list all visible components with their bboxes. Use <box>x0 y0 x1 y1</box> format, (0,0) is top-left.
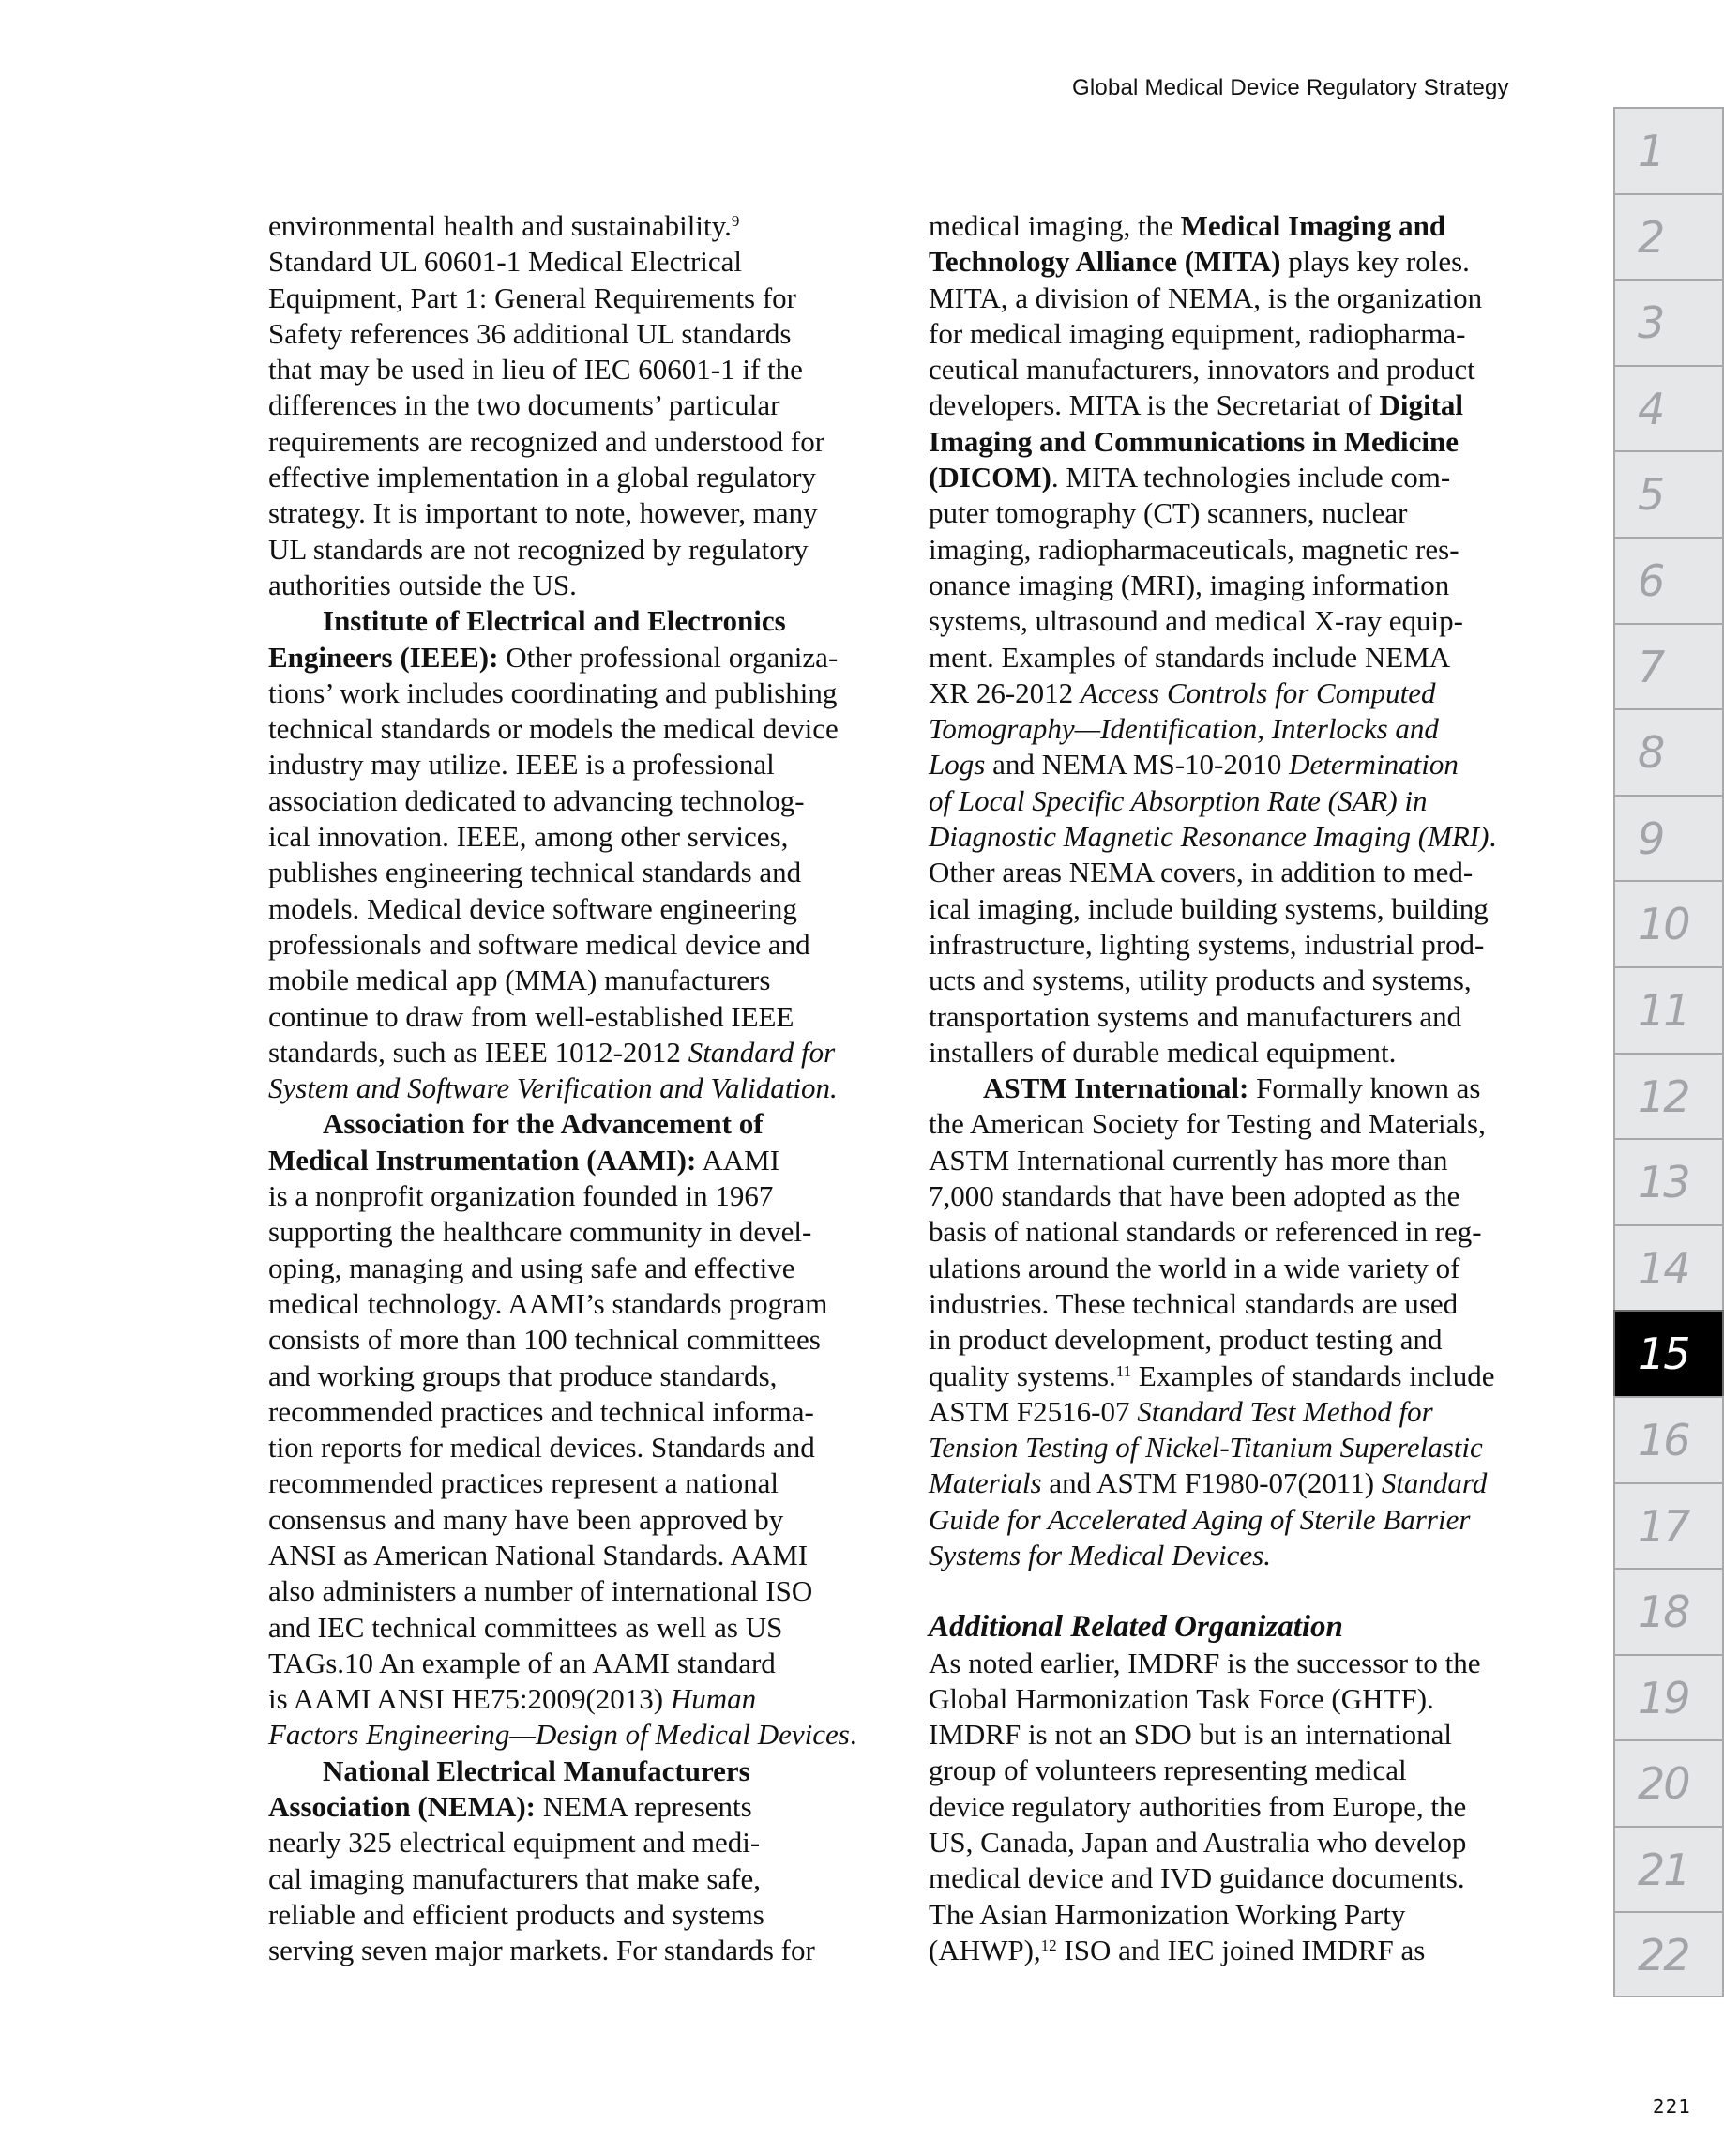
text-span: and NEMA MS-10-2010 <box>985 748 1289 781</box>
text-line: ASTM International currently has more th… <box>929 1143 1529 1178</box>
text-span: environmental health and sustainability. <box>268 209 732 242</box>
text-line: ucts and systems, utility products and s… <box>929 963 1529 998</box>
text-line: The Asian Harmonization Working Party <box>929 1897 1529 1933</box>
text-span: XR 26-2012 <box>929 676 1081 709</box>
chapter-tab-2[interactable]: 2 <box>1613 193 1724 280</box>
text-line: Equipment, Part 1: General Requirements … <box>268 281 869 316</box>
chapter-tab-label: 15 <box>1638 1329 1689 1379</box>
chapter-tab-20[interactable]: 20 <box>1613 1739 1724 1826</box>
nema-heading: National Electrical Manufacturers <box>268 1754 869 1789</box>
standard-title: Standard for <box>688 1036 835 1069</box>
standard-title: Standard Test Method for <box>1137 1395 1432 1428</box>
chapter-tab-label: 1 <box>1638 126 1663 176</box>
chapter-tab-label: 12 <box>1638 1071 1689 1122</box>
text-line: Other areas NEMA covers, in addition to … <box>929 855 1529 890</box>
text-line: Medical Instrumentation (AAMI): AAMI <box>268 1143 869 1178</box>
text-line: US, Canada, Japan and Australia who deve… <box>929 1825 1529 1860</box>
text-line: (AHWP),12 ISO and IEC joined IMDRF as <box>929 1933 1529 1968</box>
chapter-tab-22[interactable]: 22 <box>1613 1911 1724 1997</box>
text-line: Global Harmonization Task Force (GHTF). <box>929 1681 1529 1717</box>
chapter-tab-10[interactable]: 10 <box>1613 880 1724 966</box>
chapter-tab-label: 10 <box>1638 899 1689 949</box>
chapter-tab-15-active[interactable]: 15 <box>1613 1310 1724 1396</box>
text-span: standards, such as IEEE 1012-2012 <box>268 1036 688 1069</box>
text-line: ical imaging, include building systems, … <box>929 891 1529 927</box>
text-span: . <box>1489 820 1496 853</box>
page-number: 221 <box>1653 2095 1691 2118</box>
text-line: Standard UL 60601-1 Medical Electrical <box>268 244 869 280</box>
chapter-tab-label: 13 <box>1638 1157 1689 1207</box>
text-line: Factors Engineering—Design of Medical De… <box>268 1717 869 1753</box>
text-line: standards, such as IEEE 1012-2012 Standa… <box>268 1035 869 1070</box>
chapter-tab-7[interactable]: 7 <box>1613 623 1724 709</box>
text-span: is AAMI ANSI HE75:2009(2013) <box>268 1682 671 1715</box>
chapter-tab-4[interactable]: 4 <box>1613 365 1724 451</box>
standard-title: Logs <box>929 748 985 781</box>
text-line: Logs and NEMA MS-10-2010 Determination <box>929 747 1529 782</box>
text-line: Association (NEMA): NEMA represents <box>268 1789 869 1825</box>
text-line: ment. Examples of standards include NEMA <box>929 640 1529 676</box>
chapter-tab-18[interactable]: 18 <box>1613 1568 1724 1654</box>
text-line: tions’ work includes coordinating and pu… <box>268 676 869 711</box>
text-span: plays key roles. <box>1280 245 1469 278</box>
chapter-tab-label: 5 <box>1638 469 1663 520</box>
text-span: (AHWP), <box>929 1934 1041 1966</box>
text-line: group of volunteers representing medical <box>929 1753 1529 1788</box>
text-line: Technology Alliance (MITA) plays key rol… <box>929 244 1529 280</box>
mita-name: Technology Alliance (MITA) <box>929 245 1280 278</box>
text-line: that may be used in lieu of IEC 60601-1 … <box>268 352 869 387</box>
text-line: medical device and IVD guidance document… <box>929 1860 1529 1896</box>
text-line: mobile medical app (MMA) manufacturers <box>268 963 869 998</box>
text-line: requirements are recognized and understo… <box>268 424 869 460</box>
chapter-tab-6[interactable]: 6 <box>1613 537 1724 623</box>
chapter-tab-1[interactable]: 1 <box>1613 107 1724 193</box>
text-line: Safety references 36 additional UL stand… <box>268 316 869 352</box>
standard-title: Systems for Medical Devices. <box>929 1539 1271 1571</box>
mita-name: Medical Imaging and <box>1181 209 1445 242</box>
standard-title: Guide for Accelerated Aging of Sterile B… <box>929 1503 1470 1536</box>
text-line: Guide for Accelerated Aging of Sterile B… <box>929 1502 1529 1538</box>
text-line: tion reports for medical devices. Standa… <box>268 1430 869 1465</box>
chapter-tab-label: 3 <box>1638 297 1663 348</box>
dicom-name: Imaging and Communications in Medicine <box>929 425 1459 458</box>
text-span: ASTM F2516-07 <box>929 1395 1137 1428</box>
text-line: onance imaging (MRI), imaging informatio… <box>929 568 1529 603</box>
text-line: industries. These technical standards ar… <box>929 1286 1529 1322</box>
text-span: Formally known as <box>1248 1071 1480 1104</box>
chapter-tab-label: 18 <box>1638 1587 1689 1637</box>
text-line: recommended practices represent a nation… <box>268 1465 869 1501</box>
text-line: UL standards are not recognized by regul… <box>268 532 869 568</box>
text-line: quality systems.11 Examples of standards… <box>929 1359 1529 1394</box>
text-line: serving seven major markets. For standar… <box>268 1933 869 1968</box>
text-line: Systems for Medical Devices. <box>929 1538 1529 1573</box>
chapter-tab-label: 6 <box>1638 555 1663 606</box>
text-line: ANSI as American National Standards. AAM… <box>268 1538 869 1573</box>
text-span: ISO and IEC joined IMDRF as <box>1057 1934 1426 1966</box>
text-line: Imaging and Communications in Medicine <box>929 424 1529 460</box>
chapter-tab-5[interactable]: 5 <box>1613 450 1724 537</box>
text-line: authorities outside the US. <box>268 568 869 603</box>
chapter-tab-11[interactable]: 11 <box>1613 966 1724 1053</box>
text-line: effective implementation in a global reg… <box>268 460 869 495</box>
standard-title: System and Software Verification and Val… <box>268 1071 838 1104</box>
standard-title: Factors Engineering—Design of Medical De… <box>268 1718 850 1751</box>
nema-heading-text: Association (NEMA): <box>268 1790 536 1823</box>
text-line: MITA, a division of NEMA, is the organiz… <box>929 281 1529 316</box>
ieee-heading: Institute of Electrical and Electronics <box>268 603 869 639</box>
chapter-tab-21[interactable]: 21 <box>1613 1826 1724 1912</box>
text-line: and IEC technical committees as well as … <box>268 1610 869 1646</box>
text-line: ical innovation. IEEE, among other servi… <box>268 819 869 855</box>
text-line: medical imaging, the Medical Imaging and <box>929 208 1529 244</box>
text-line: for medical imaging equipment, radiophar… <box>929 316 1529 352</box>
text-line: nearly 325 electrical equipment and medi… <box>268 1825 869 1860</box>
text-line: basis of national standards or reference… <box>929 1214 1529 1250</box>
aami-heading-text: Medical Instrumentation (AAMI): <box>268 1144 696 1177</box>
standard-title: Tomography—Identification, Interlocks an… <box>929 712 1439 745</box>
text-line: recommended practices and technical info… <box>268 1394 869 1430</box>
text-line: also administers a number of internation… <box>268 1573 869 1609</box>
text-line: is AAMI ANSI HE75:2009(2013) Human <box>268 1681 869 1717</box>
text-line: the American Society for Testing and Mat… <box>929 1106 1529 1142</box>
chapter-tab-12[interactable]: 12 <box>1613 1053 1724 1139</box>
text-line: is a nonprofit organization founded in 1… <box>268 1178 869 1214</box>
text-span: medical imaging, the <box>929 209 1181 242</box>
text-line: As noted earlier, IMDRF is the successor… <box>929 1646 1529 1681</box>
ieee-heading-text: Engineers (IEEE): <box>268 641 498 674</box>
spacer <box>929 1573 1529 1609</box>
text-line: environmental health and sustainability.… <box>268 208 869 244</box>
standard-title: of Local Specific Absorption Rate (SAR) … <box>929 784 1428 817</box>
text-line: XR 26-2012 Access Controls for Computed <box>929 676 1529 711</box>
chapter-tab-label: 17 <box>1638 1501 1689 1552</box>
text-span: NEMA represents <box>536 1790 752 1823</box>
text-line: technical standards or models the medica… <box>268 711 869 747</box>
standard-title: Standard <box>1382 1466 1488 1499</box>
text-line: medical technology. AAMI’s standards pro… <box>268 1286 869 1322</box>
text-line: Materials and ASTM F1980-07(2011) Standa… <box>929 1465 1529 1501</box>
text-line: oping, managing and using safe and effec… <box>268 1251 869 1286</box>
text-line: differences in the two documents’ partic… <box>268 387 869 423</box>
text-line: consists of more than 100 technical comm… <box>268 1322 869 1358</box>
text-line: publishes engineering technical standard… <box>268 855 869 890</box>
text-span: and ASTM F1980-07(2011) <box>1042 1466 1382 1499</box>
chapter-tabs: 1 2 3 4 5 6 7 8 9 10 11 12 13 14 15 16 1… <box>1613 107 1724 1997</box>
chapter-tab-label: 16 <box>1638 1415 1689 1465</box>
chapter-tab-label: 19 <box>1638 1673 1689 1723</box>
chapter-tab-13[interactable]: 13 <box>1613 1138 1724 1224</box>
footnote-ref[interactable]: 12 <box>1041 1936 1057 1954</box>
text-line: strategy. It is important to note, howev… <box>268 495 869 531</box>
aami-heading: Association for the Advancement of <box>268 1106 869 1142</box>
text-span: Other professional organiza- <box>498 641 838 674</box>
text-span: quality systems. <box>929 1359 1116 1392</box>
text-line: continue to draw from well-established I… <box>268 999 869 1035</box>
text-line: (DICOM). MITA technologies include com- <box>929 460 1529 495</box>
text-line: association dedicated to advancing techn… <box>268 783 869 819</box>
astm-heading: ASTM International: Formally known as <box>929 1070 1529 1106</box>
ieee-heading-text: Institute of Electrical and Electronics <box>323 604 786 637</box>
chapter-tab-3[interactable]: 3 <box>1613 279 1724 365</box>
text-span: . MITA technologies include com- <box>1051 461 1450 493</box>
chapter-tab-label: 2 <box>1638 212 1663 263</box>
text-line: developers. MITA is the Secretariat of D… <box>929 387 1529 423</box>
text-span: developers. MITA is the Secretariat of <box>929 388 1379 421</box>
text-span: AAMI <box>696 1144 779 1177</box>
text-line: TAGs.10 An example of an AAMI standard <box>268 1646 869 1681</box>
text-line: IMDRF is not an SDO but is an internatio… <box>929 1717 1529 1753</box>
text-line: puter tomography (CT) scanners, nuclear <box>929 495 1529 531</box>
standard-title: Diagnostic Magnetic Resonance Imaging (M… <box>929 820 1489 853</box>
text-line: reliable and efficient products and syst… <box>268 1897 869 1933</box>
right-column: medical imaging, the Medical Imaging and… <box>929 208 1529 1968</box>
chapter-tab-label: 9 <box>1638 813 1663 864</box>
text-line: 7,000 standards that have been adopted a… <box>929 1178 1529 1214</box>
text-line: Tomography—Identification, Interlocks an… <box>929 711 1529 747</box>
standard-title: Access Controls for Computed <box>1081 676 1436 709</box>
text-line: consensus and many have been approved by <box>268 1502 869 1538</box>
footnote-ref[interactable]: 9 <box>732 212 740 230</box>
running-title: Global Medical Device Regulatory Strateg… <box>1072 75 1509 101</box>
standard-title: Materials <box>929 1466 1042 1499</box>
text-line: industry may utilize. IEEE is a professi… <box>268 747 869 782</box>
text-line: installers of durable medical equipment. <box>929 1035 1529 1070</box>
text-line: in product development, product testing … <box>929 1322 1529 1358</box>
text-line: of Local Specific Absorption Rate (SAR) … <box>929 783 1529 819</box>
chapter-tab-label: 14 <box>1638 1243 1689 1294</box>
chapter-tab-label: 11 <box>1638 985 1689 1036</box>
text-line: ceutical manufacturers, innovators and p… <box>929 352 1529 387</box>
text-line: Diagnostic Magnetic Resonance Imaging (M… <box>929 819 1529 855</box>
text-line: professionals and software medical devic… <box>268 927 869 963</box>
chapter-tab-9[interactable]: 9 <box>1613 795 1724 881</box>
chapter-tab-label: 8 <box>1638 727 1663 778</box>
chapter-tab-16[interactable]: 16 <box>1613 1396 1724 1482</box>
text-line: models. Medical device software engineer… <box>268 891 869 927</box>
chapter-tab-label: 22 <box>1638 1930 1689 1981</box>
chapter-tab-label: 4 <box>1638 384 1663 434</box>
text-line: device regulatory authorities from Europ… <box>929 1789 1529 1825</box>
dicom-name: (DICOM) <box>929 461 1051 493</box>
text-line: systems, ultrasound and medical X-ray eq… <box>929 603 1529 639</box>
standard-title: Human <box>671 1682 756 1715</box>
text-line: ulations around the world in a wide vari… <box>929 1251 1529 1286</box>
dicom-name: Digital <box>1379 388 1463 421</box>
aami-heading-text: Association for the Advancement of <box>323 1107 764 1140</box>
text-line: cal imaging manufacturers that make safe… <box>268 1861 869 1897</box>
left-column: environmental health and sustainability.… <box>268 208 869 1969</box>
nema-heading-text: National Electrical Manufacturers <box>323 1754 750 1787</box>
text-line: imaging, radiopharmaceuticals, magnetic … <box>929 532 1529 568</box>
chapter-tab-label: 21 <box>1638 1845 1689 1895</box>
footnote-ref[interactable]: 11 <box>1116 1362 1131 1380</box>
chapter-tab-label: 7 <box>1638 642 1663 692</box>
standard-title: Tension Testing of Nickel-Titanium Super… <box>929 1431 1483 1464</box>
standard-title: Determination <box>1289 748 1459 781</box>
section-heading: Additional Related Organization <box>929 1609 1529 1645</box>
text-line: infrastructure, lighting systems, indust… <box>929 927 1529 963</box>
chapter-tab-19[interactable]: 19 <box>1613 1654 1724 1740</box>
text-line: Engineers (IEEE): Other professional org… <box>268 640 869 676</box>
chapter-tab-label: 20 <box>1638 1758 1689 1809</box>
text-line: Tension Testing of Nickel-Titanium Super… <box>929 1430 1529 1465</box>
chapter-tab-14[interactable]: 14 <box>1613 1224 1724 1311</box>
text-span: Examples of standards include <box>1131 1359 1494 1392</box>
text-span: . <box>850 1718 857 1751</box>
text-line: transportation systems and manufacturers… <box>929 999 1529 1035</box>
text-line: and working groups that produce standard… <box>268 1359 869 1394</box>
text-line: supporting the healthcare community in d… <box>268 1214 869 1250</box>
text-line: System and Software Verification and Val… <box>268 1070 869 1106</box>
chapter-tab-17[interactable]: 17 <box>1613 1482 1724 1569</box>
astm-heading-text: ASTM International: <box>983 1071 1248 1104</box>
text-line: ASTM F2516-07 Standard Test Method for <box>929 1394 1529 1430</box>
chapter-tab-8[interactable]: 8 <box>1613 708 1724 795</box>
